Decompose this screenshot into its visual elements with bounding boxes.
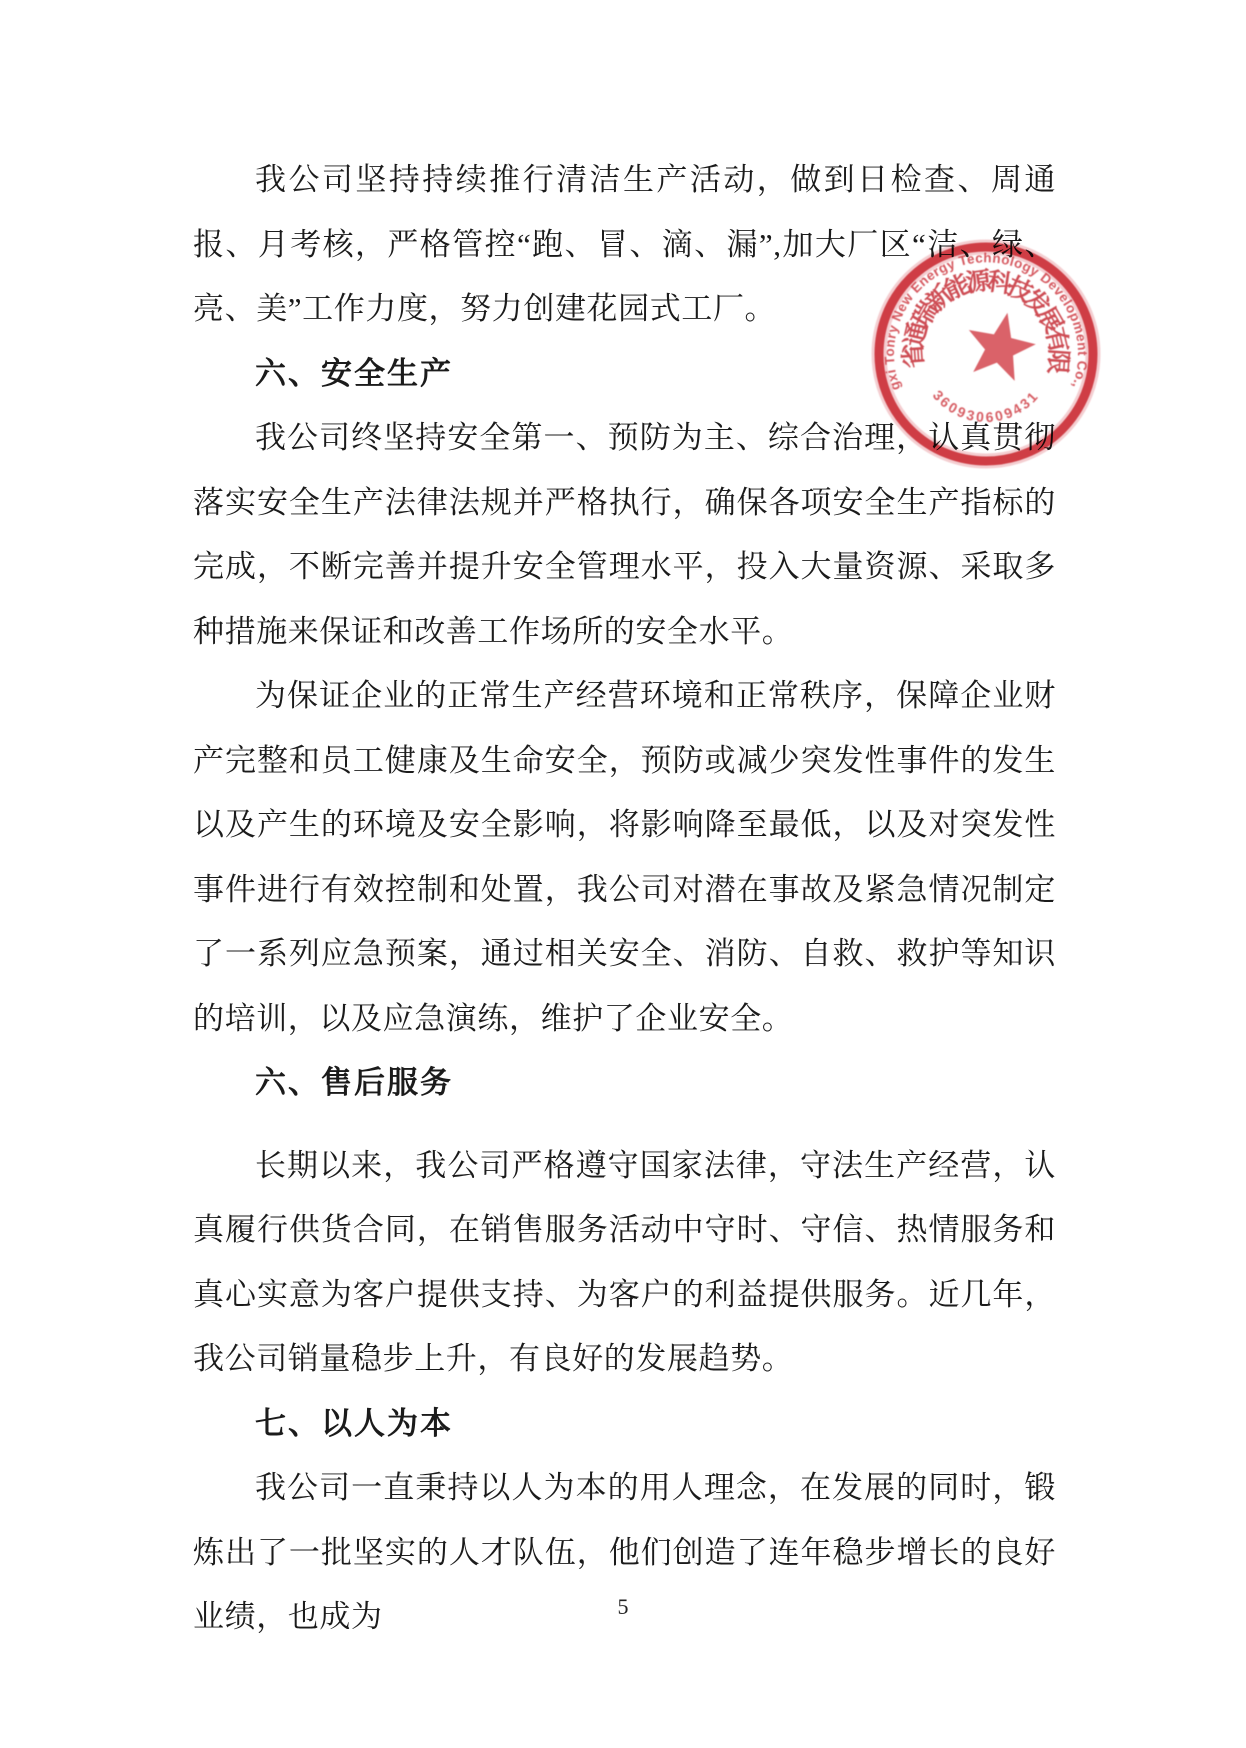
heading-safety-production: 六、安全生产 xyxy=(193,342,1056,407)
document-page: 我公司坚持持续推行清洁生产活动，做到日检查、周通报、月考核，严格管控“跑、冒、滴… xyxy=(0,0,1246,1748)
heading-people-oriented: 七、以人为本 xyxy=(193,1392,1056,1457)
paragraph-clean-production: 我公司坚持持续推行清洁生产活动，做到日检查、周通报、月考核，严格管控“跑、冒、滴… xyxy=(193,148,1056,342)
page-number: 5 xyxy=(0,1594,1246,1620)
document-body: 我公司坚持持续推行清洁生产活动，做到日检查、周通报、月考核，严格管控“跑、冒、滴… xyxy=(193,0,1056,1650)
heading-after-sales-service: 六、售后服务 xyxy=(193,1051,1056,1116)
paragraph-people-oriented: 我公司一直秉持以人为本的用人理念，在发展的同时，锻炼出了一批坚实的人才队伍，他们… xyxy=(193,1456,1056,1650)
paragraph-safety-policy: 我公司终坚持安全第一、预防为主、综合治理，认真贯彻落实安全生产法律法规并严格执行… xyxy=(193,406,1056,664)
paragraph-after-sales: 长期以来，我公司严格遵守国家法律，守法生产经营，认真履行供货合同，在销售服务活动… xyxy=(193,1134,1056,1392)
paragraph-emergency-plans: 为保证企业的正常生产经营环境和正常秩序，保障企业财产完整和员工健康及生命安全，预… xyxy=(193,664,1056,1051)
